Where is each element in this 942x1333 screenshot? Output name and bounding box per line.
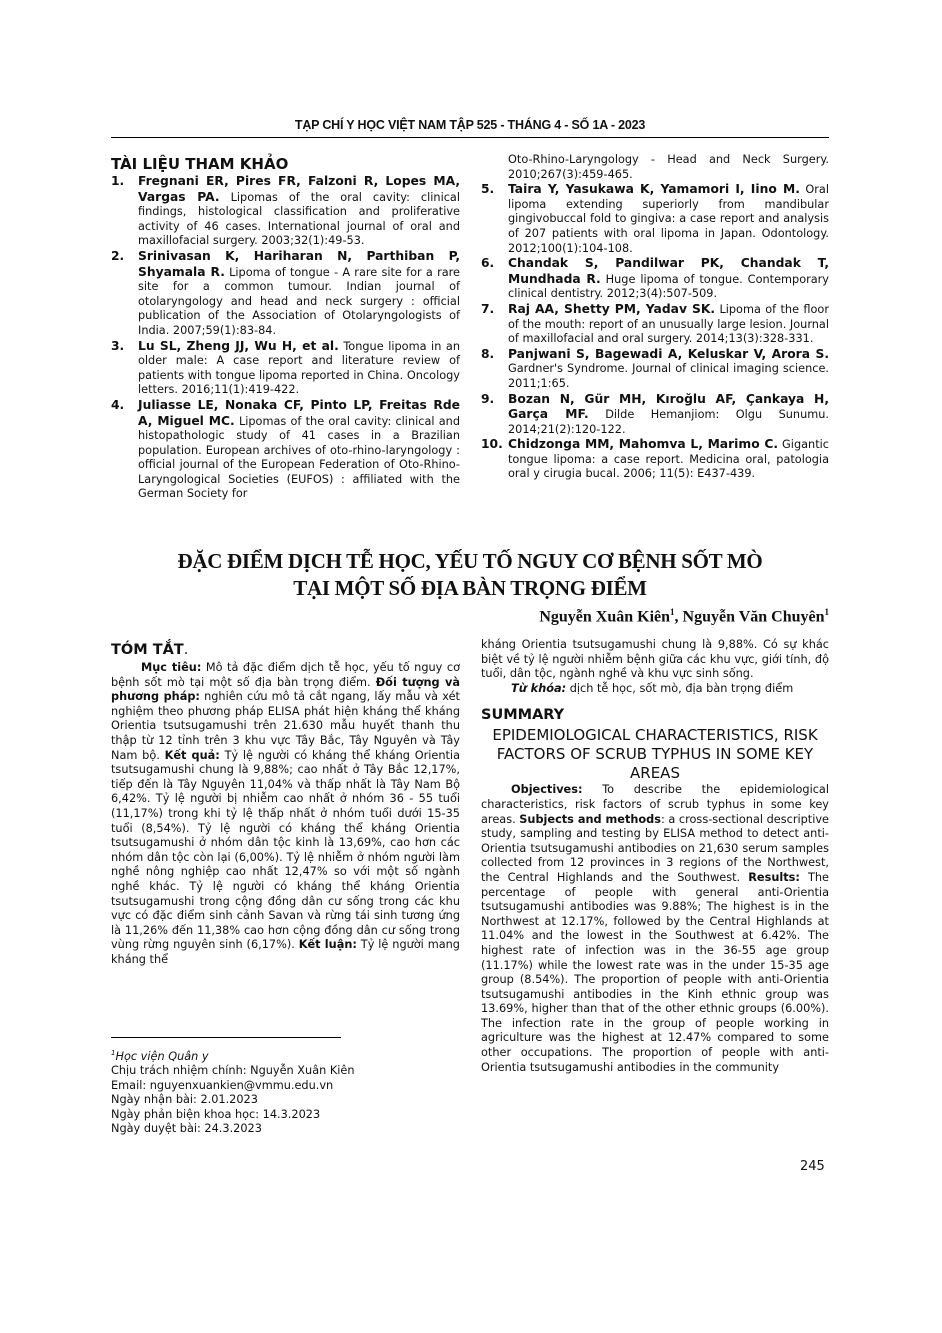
reference-item: 6. Chandak S, Pandilwar PK, Chandak T, M… [481, 256, 829, 302]
reference-number: 10. [481, 437, 508, 482]
author-name: Nguyễn Văn Chuyên [683, 608, 825, 625]
results-text: Tỷ lệ người có kháng thể kháng Orientia … [111, 749, 460, 952]
author-affiliation-mark: 1 [825, 607, 830, 617]
article-title-line-1: ĐẶC ĐIỂM DỊCH TỄ HỌC, YẾU TỐ NGUY CƠ BỆN… [111, 548, 829, 575]
reference-item: 8. Panjwani S, Bagewadi A, Keluskar V, A… [481, 347, 829, 392]
keywords-text: dịch tễ học, sốt mò, địa bàn trọng điểm [566, 682, 793, 695]
reference-number: 9. [481, 392, 508, 438]
reference-authors: Panjwani S, Bagewadi A, Keluskar V, Aror… [508, 347, 829, 361]
reference-number: 5. [481, 182, 508, 256]
summary-paragraph: Objectives: To describe the epidemiologi… [481, 783, 829, 1075]
footnotes: 1Học viện Quân y Chịu trách nhiệm chính:… [111, 1046, 460, 1137]
abstract-paragraph: Mục tiêu: Mô tả đặc điểm dịch tễ học, yế… [111, 661, 460, 967]
abstract-heading: TÓM TẮT. [111, 641, 460, 659]
references-left-column: TÀI LIỆU THAM KHẢO 1. Fregnani ER, Pires… [111, 156, 460, 502]
reference-continuation: Oto-Rhino-Laryngology - Head and Neck Su… [481, 153, 829, 182]
page-number: 245 [800, 1159, 825, 1174]
reference-item: 1. Fregnani ER, Pires FR, Falzoni R, Lop… [111, 174, 460, 249]
reference-item: 7. Raj AA, Shetty PM, Yadav SK. Lipoma o… [481, 302, 829, 347]
affiliation-text: Học viện Quân y [115, 1050, 208, 1063]
keywords-label: Từ khóa: [511, 682, 566, 695]
reference-number: 3. [111, 339, 138, 398]
article-authors: Nguyễn Xuân Kiên1, Nguyễn Văn Chuyên1 [539, 607, 829, 626]
reference-authors: Lu SL, Zheng JJ, Wu H, et al. [138, 339, 339, 353]
reference-item: 2. Srinivasan K, Hariharan N, Parthiban … [111, 249, 460, 339]
affiliation: 1Học viện Quân y [111, 1046, 460, 1064]
reference-number: 1. [111, 174, 138, 249]
date-accepted: Ngày duyệt bài: 24.3.2023 [111, 1122, 460, 1137]
reference-number: 2. [111, 249, 138, 339]
article-title: ĐẶC ĐIỂM DỊCH TỄ HỌC, YẾU TỐ NGUY CƠ BỆN… [111, 548, 829, 602]
abstract-right-column: kháng Orientia tsutsugamushi chung là 9,… [481, 638, 829, 1075]
reference-number: 7. [481, 302, 508, 347]
keywords: Từ khóa: dịch tễ học, sốt mò, địa bàn tr… [481, 682, 829, 697]
article-title-line-2: TẠI MỘT SỐ ĐỊA BÀN TRỌNG ĐIỂM [111, 575, 829, 602]
results-label: Kết quả: [165, 749, 220, 762]
reference-number: 4. [111, 398, 138, 502]
reference-text: Gardner's Syndrome. Journal of clinical … [508, 362, 829, 390]
abstract-heading-dot: . [184, 642, 189, 658]
date-reviewed: Ngày phản biện khoa học: 14.3.2023 [111, 1108, 460, 1123]
reference-item: 3. Lu SL, Zheng JJ, Wu H, et al. Tongue … [111, 339, 460, 398]
footnote-divider [111, 1037, 341, 1038]
results-label-en: Results: [748, 871, 800, 884]
methods-label-en: Subjects and methods [519, 813, 661, 826]
reference-authors: Chidzonga MM, Mahomva L, Marimo C. [508, 437, 778, 451]
reference-item: 4. Juliasse LE, Nonaka CF, Pinto LP, Fre… [111, 398, 460, 502]
reference-item: 5. Taira Y, Yasukawa K, Yamamori I, Iino… [481, 182, 829, 256]
results-text-en: The percentage of people with general an… [481, 871, 829, 1074]
conclusion-continuation: kháng Orientia tsutsugamushi chung là 9,… [481, 638, 829, 682]
reference-number: 8. [481, 347, 508, 392]
reference-number: 6. [481, 256, 508, 302]
author-name: Nguyễn Xuân Kiên [539, 608, 670, 625]
responsible-author: Chịu trách nhiệm chính: Nguyễn Xuân Kiên [111, 1064, 460, 1079]
abstract-vietnamese: TÓM TẮT. Mục tiêu: Mô tả đặc điểm dịch t… [111, 641, 460, 967]
objectives-label: Objectives: [511, 783, 582, 796]
objective-label: Mục tiêu: [141, 661, 201, 674]
abstract-heading-text: TÓM TẮT [111, 642, 184, 658]
reference-authors: Raj AA, Shetty PM, Yadav SK. [508, 302, 715, 316]
reference-item: 10. Chidzonga MM, Mahomva L, Marimo C. G… [481, 437, 829, 482]
conclusion-label: Kết luận: [299, 938, 357, 951]
reference-item: 9. Bozan N, Gür MH, Kıroğlu AF, Çankaya … [481, 392, 829, 438]
summary-heading: SUMMARY [481, 706, 829, 724]
references-heading: TÀI LIỆU THAM KHẢO [111, 156, 460, 173]
references-right-column: Oto-Rhino-Laryngology - Head and Neck Su… [481, 153, 829, 482]
date-received: Ngày nhận bài: 2.01.2023 [111, 1093, 460, 1108]
reference-authors: Taira Y, Yasukawa K, Yamamori I, Iino M. [508, 182, 800, 196]
running-header: TẠP CHÍ Y HỌC VIỆT NAM TẬP 525 - THÁNG 4… [111, 118, 829, 138]
contact-email: Email: nguyenxuankien@vmmu.edu.vn [111, 1079, 460, 1094]
author-separator: , [675, 608, 683, 625]
summary-title: EPIDEMIOLOGICAL CHARACTERISTICS, RISK FA… [481, 726, 829, 783]
